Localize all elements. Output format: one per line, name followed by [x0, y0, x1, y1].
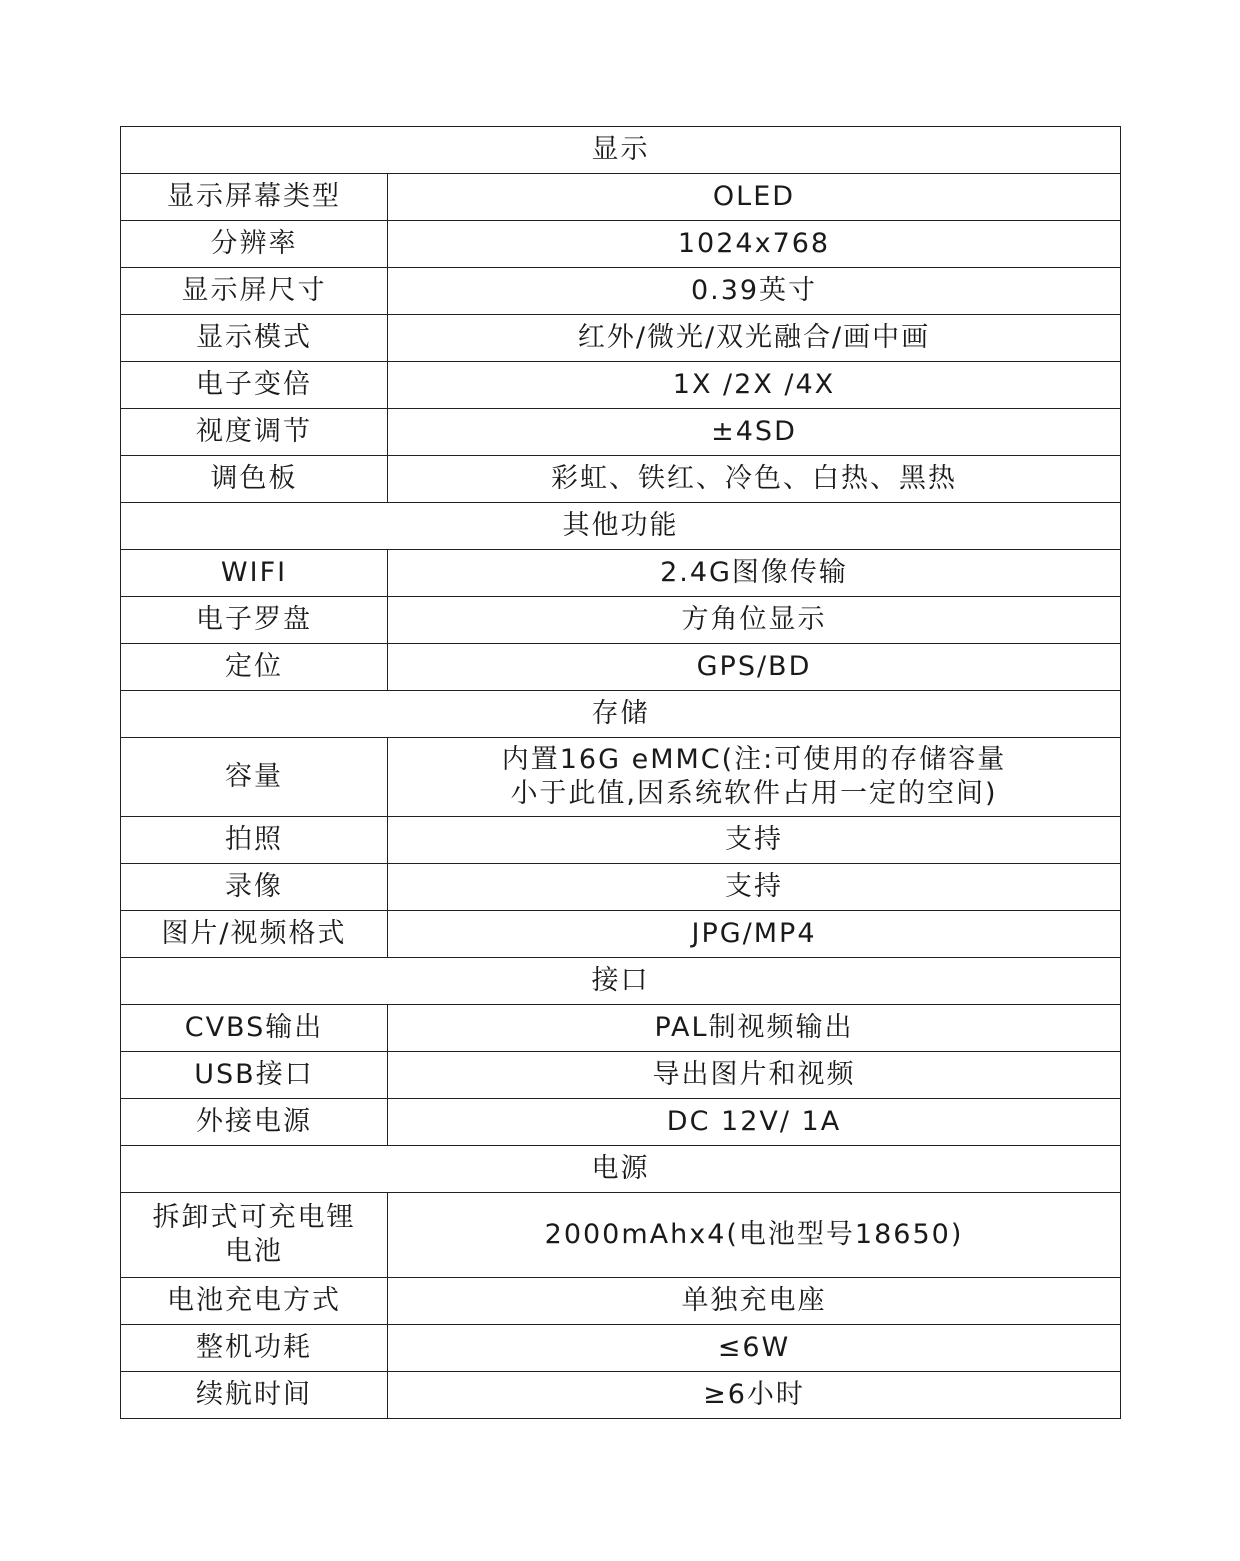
row-value: JPG/MP4 — [388, 911, 1121, 958]
section-label: 存储 — [487, 697, 754, 731]
table-row: 录像支持 — [121, 864, 1121, 911]
row-key: 外接电源 — [121, 1099, 388, 1146]
section-display: 显示 — [121, 127, 1121, 174]
row-key: 电子变倍 — [121, 362, 388, 409]
row-value: 导出图片和视频 — [388, 1052, 1121, 1099]
row-value: 1024x768 — [388, 221, 1121, 268]
row-value: 彩虹、铁红、冷色、白热、黑热 — [388, 456, 1121, 503]
row-value: 红外/微光/双光融合/画中画 — [388, 315, 1121, 362]
row-value: OLED — [388, 174, 1121, 221]
table-row: 电子罗盘方角位显示 — [121, 597, 1121, 644]
value-line-1: 内置16G eMMC(注:可使用的存储容量 — [388, 743, 1120, 777]
row-key: 拍照 — [121, 817, 388, 864]
table-row: 调色板彩虹、铁红、冷色、白热、黑热 — [121, 456, 1121, 503]
row-key: 图片/视频格式 — [121, 911, 388, 958]
row-value: ±4SD — [388, 409, 1121, 456]
row-key: 续航时间 — [121, 1372, 388, 1419]
table-row: 容量内置16G eMMC(注:可使用的存储容量小于此值,因系统软件占用一定的空间… — [121, 738, 1121, 817]
spec-table: 显示 显示屏幕类型OLED 分辨率1024x768 显示屏尺寸0.39英寸 显示… — [120, 126, 1121, 1419]
row-value: PAL制视频输出 — [388, 1005, 1121, 1052]
section-other-functions: 其他功能 — [121, 503, 1121, 550]
row-key: 调色板 — [121, 456, 388, 503]
row-value: 支持 — [388, 864, 1121, 911]
table-row: CVBS输出PAL制视频输出 — [121, 1005, 1121, 1052]
row-key: 分辨率 — [121, 221, 388, 268]
row-key: 电池充电方式 — [121, 1278, 388, 1325]
table-row: 拍照支持 — [121, 817, 1121, 864]
table-row: 电子变倍1X /2X /4X — [121, 362, 1121, 409]
row-key: 拆卸式可充电锂电池 — [121, 1193, 388, 1278]
row-key: 录像 — [121, 864, 388, 911]
row-key: 容量 — [121, 738, 388, 817]
table-row: 电池充电方式单独充电座 — [121, 1278, 1121, 1325]
row-key: 显示模式 — [121, 315, 388, 362]
row-value: 内置16G eMMC(注:可使用的存储容量小于此值,因系统软件占用一定的空间) — [388, 738, 1121, 817]
key-line-2: 电池 — [121, 1235, 387, 1269]
section-label: 其他功能 — [487, 509, 754, 543]
table-row: USB接口导出图片和视频 — [121, 1052, 1121, 1099]
table-row: 视度调节±4SD — [121, 409, 1121, 456]
table-row: 分辨率1024x768 — [121, 221, 1121, 268]
row-key: 定位 — [121, 644, 388, 691]
row-key: WIFI — [121, 550, 388, 597]
section-label: 接口 — [487, 964, 754, 998]
table-row: 显示屏尺寸0.39英寸 — [121, 268, 1121, 315]
section-storage: 存储 — [121, 691, 1121, 738]
value-line-2: 小于此值,因系统软件占用一定的空间) — [388, 777, 1120, 811]
row-key: USB接口 — [121, 1052, 388, 1099]
section-power: 电源 — [121, 1146, 1121, 1193]
row-key: 整机功耗 — [121, 1325, 388, 1372]
row-value: 0.39英寸 — [388, 268, 1121, 315]
row-value: 1X /2X /4X — [388, 362, 1121, 409]
table-row: 定位GPS/BD — [121, 644, 1121, 691]
row-key: 电子罗盘 — [121, 597, 388, 644]
table-row: 显示屏幕类型OLED — [121, 174, 1121, 221]
table-row: 拆卸式可充电锂电池2000mAhx4(电池型号18650) — [121, 1193, 1121, 1278]
row-value: 方角位显示 — [388, 597, 1121, 644]
row-value: 2000mAhx4(电池型号18650) — [388, 1193, 1121, 1278]
row-key: 显示屏尺寸 — [121, 268, 388, 315]
table-row: 续航时间≥6小时 — [121, 1372, 1121, 1419]
key-line-1: 拆卸式可充电锂 — [121, 1201, 387, 1235]
section-label: 电源 — [487, 1152, 754, 1186]
section-label: 显示 — [487, 133, 754, 167]
row-value: DC 12V/ 1A — [388, 1099, 1121, 1146]
row-value: ≤6W — [388, 1325, 1121, 1372]
table-row: WIFI2.4G图像传输 — [121, 550, 1121, 597]
row-key: 显示屏幕类型 — [121, 174, 388, 221]
row-value: 支持 — [388, 817, 1121, 864]
table-row: 整机功耗≤6W — [121, 1325, 1121, 1372]
row-value: 2.4G图像传输 — [388, 550, 1121, 597]
row-key: CVBS输出 — [121, 1005, 388, 1052]
table-row: 显示模式红外/微光/双光融合/画中画 — [121, 315, 1121, 362]
row-value: GPS/BD — [388, 644, 1121, 691]
table-row: 外接电源DC 12V/ 1A — [121, 1099, 1121, 1146]
section-interface: 接口 — [121, 958, 1121, 1005]
row-value: 单独充电座 — [388, 1278, 1121, 1325]
table-row: 图片/视频格式JPG/MP4 — [121, 911, 1121, 958]
row-value: ≥6小时 — [388, 1372, 1121, 1419]
row-key: 视度调节 — [121, 409, 388, 456]
